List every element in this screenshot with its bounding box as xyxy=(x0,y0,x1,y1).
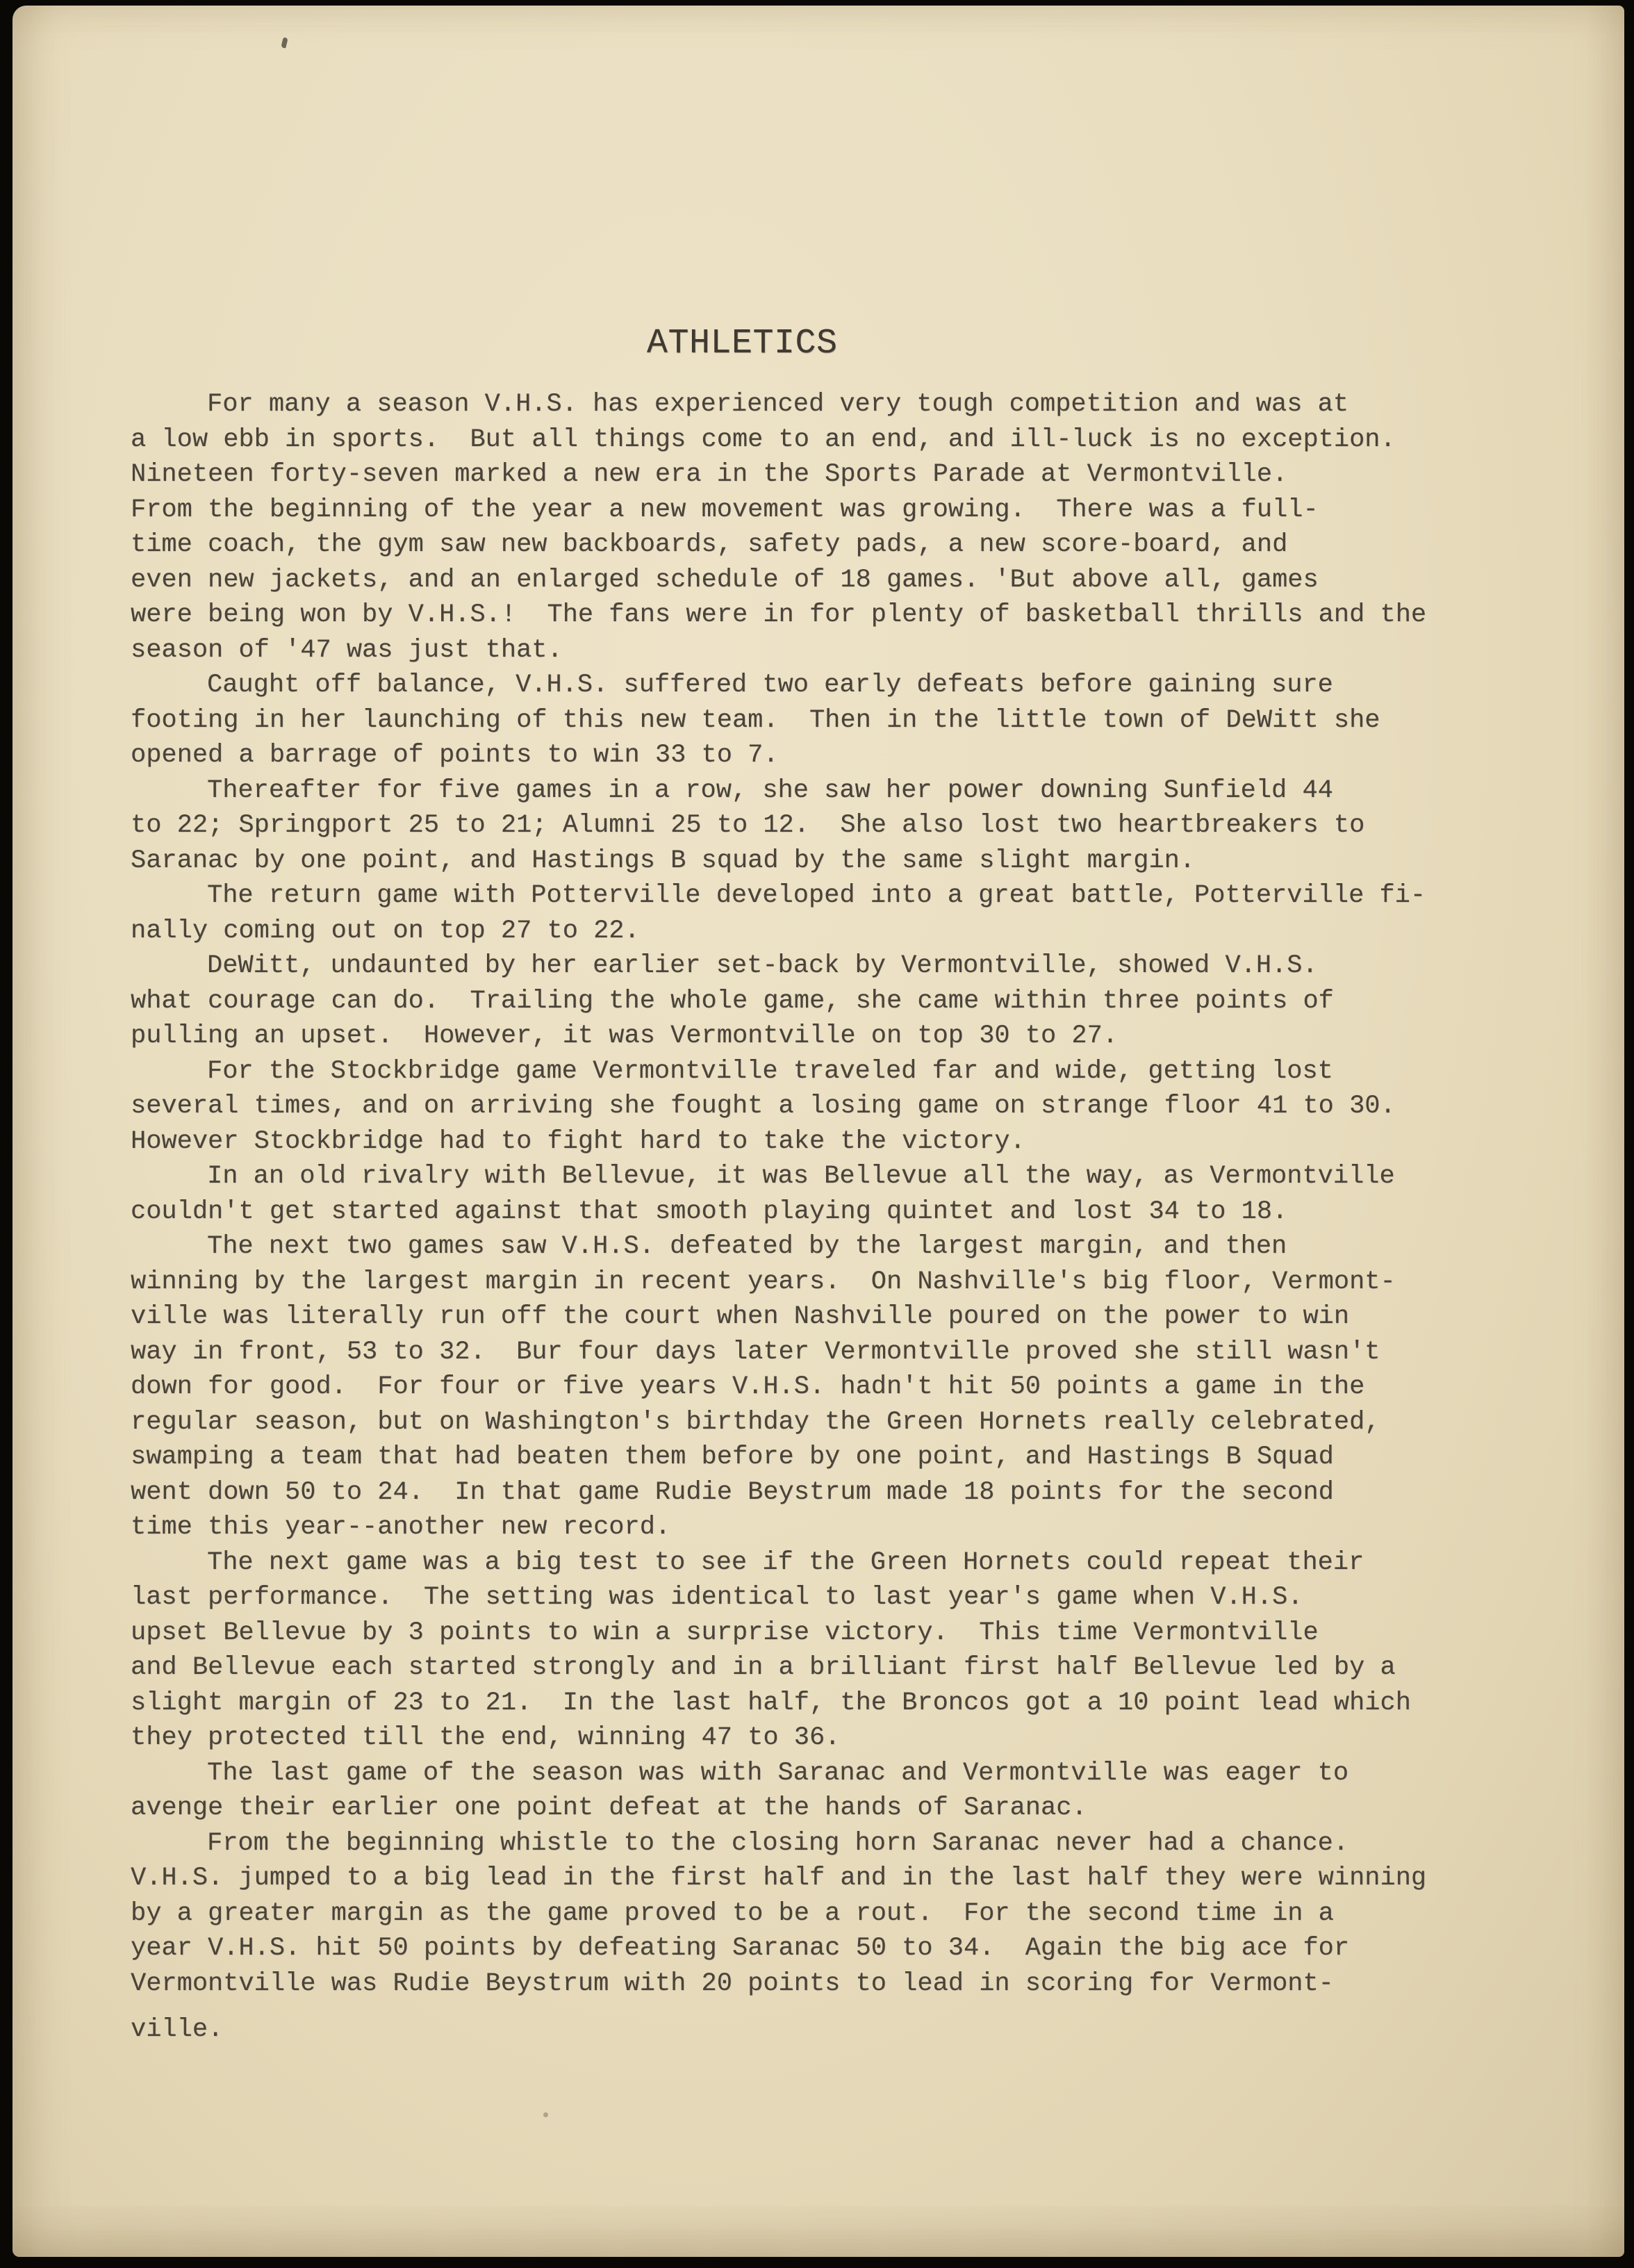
text-line: Nineteen forty-seven marked a new era in… xyxy=(131,457,1464,493)
text-line: From the beginning of the year a new mov… xyxy=(131,493,1464,528)
text-line: season of '47 was just that. xyxy=(131,633,1464,668)
text-line: Vermontville was Rudie Beystrum with 20 … xyxy=(131,1966,1464,2002)
text-line: avenge their earlier one point defeat at… xyxy=(131,1791,1464,1826)
text-line: couldn't get started against that smooth… xyxy=(131,1194,1464,1230)
text-line: swamping a team that had beaten them bef… xyxy=(131,1440,1464,1475)
text-line: slight margin of 23 to 21. In the last h… xyxy=(131,1686,1464,1721)
text-line: In an old rivalry with Bellevue, it was … xyxy=(131,1159,1464,1194)
text-line: went down 50 to 24. In that game Rudie B… xyxy=(131,1475,1464,1511)
text-line: they protected till the end, winning 47 … xyxy=(131,1720,1464,1756)
text-line: Saranac by one point, and Hastings B squ… xyxy=(131,844,1464,879)
text-line: opened a barrage of points to win 33 to … xyxy=(131,738,1464,773)
text-line: year V.H.S. hit 50 points by defeating S… xyxy=(131,1931,1464,1966)
scan-background: { "page": { "title": "ATHLETICS", "paper… xyxy=(0,0,1634,2268)
text-line: Caught off balance, V.H.S. suffered two … xyxy=(131,668,1464,703)
text-line: nally coming out on top 27 to 22. xyxy=(131,914,1464,949)
text-line: last performance. The setting was identi… xyxy=(131,1580,1464,1616)
ink-speck xyxy=(281,37,288,48)
text-line: The last game of the season was with Sar… xyxy=(131,1756,1464,1791)
text-line: ville was literally run off the court wh… xyxy=(131,1299,1464,1335)
text-line: pulling an upset. However, it was Vermon… xyxy=(131,1019,1464,1054)
text-line: and Bellevue each started strongly and i… xyxy=(131,1650,1464,1686)
text-line: For the Stockbridge game Vermontville tr… xyxy=(131,1054,1464,1090)
text-line: what courage can do. Trailing the whole … xyxy=(131,984,1464,1019)
text-line: ville. xyxy=(131,2012,1464,2048)
text-line: down for good. For four or five years V.… xyxy=(131,1370,1464,1405)
text-line: The return game with Potterville develop… xyxy=(131,878,1464,914)
text-line: time coach, the gym saw new backboards, … xyxy=(131,527,1464,563)
text-line: regular season, but on Washington's birt… xyxy=(131,1405,1464,1440)
text-line: to 22; Springport 25 to 21; Alumni 25 to… xyxy=(131,808,1464,844)
text-line: several times, and on arriving she fough… xyxy=(131,1089,1464,1124)
paper-page: ATHLETICS For many a season V.H.S. has e… xyxy=(13,6,1624,2257)
article-text: For many a season V.H.S. has experienced… xyxy=(131,387,1464,2048)
page-title: ATHLETICS xyxy=(647,327,838,361)
text-line: V.H.S. jumped to a big lead in the first… xyxy=(131,1861,1464,1896)
text-line: However Stockbridge had to fight hard to… xyxy=(131,1124,1464,1160)
text-line: Thereafter for five games in a row, she … xyxy=(131,773,1464,809)
text-line: The next game was a big test to see if t… xyxy=(131,1545,1464,1581)
text-line: footing in her launching of this new tea… xyxy=(131,703,1464,739)
text-line: For many a season V.H.S. has experienced… xyxy=(131,387,1464,422)
text-line: were being won by V.H.S.! The fans were … xyxy=(131,598,1464,633)
ink-speck xyxy=(543,2112,548,2117)
text-line: From the beginning whistle to the closin… xyxy=(131,1826,1464,1862)
text-line: time this year--another new record. xyxy=(131,1510,1464,1545)
text-line: way in front, 53 to 32. Bur four days la… xyxy=(131,1335,1464,1370)
text-line: DeWitt, undaunted by her earlier set-bac… xyxy=(131,948,1464,984)
text-line: by a greater margin as the game proved t… xyxy=(131,1896,1464,1932)
text-line: upset Bellevue by 3 points to win a surp… xyxy=(131,1616,1464,1651)
text-line: a low ebb in sports. But all things come… xyxy=(131,422,1464,458)
text-line: winning by the largest margin in recent … xyxy=(131,1265,1464,1300)
text-line: even new jackets, and an enlarged schedu… xyxy=(131,563,1464,598)
text-line: The next two games saw V.H.S. defeated b… xyxy=(131,1229,1464,1265)
